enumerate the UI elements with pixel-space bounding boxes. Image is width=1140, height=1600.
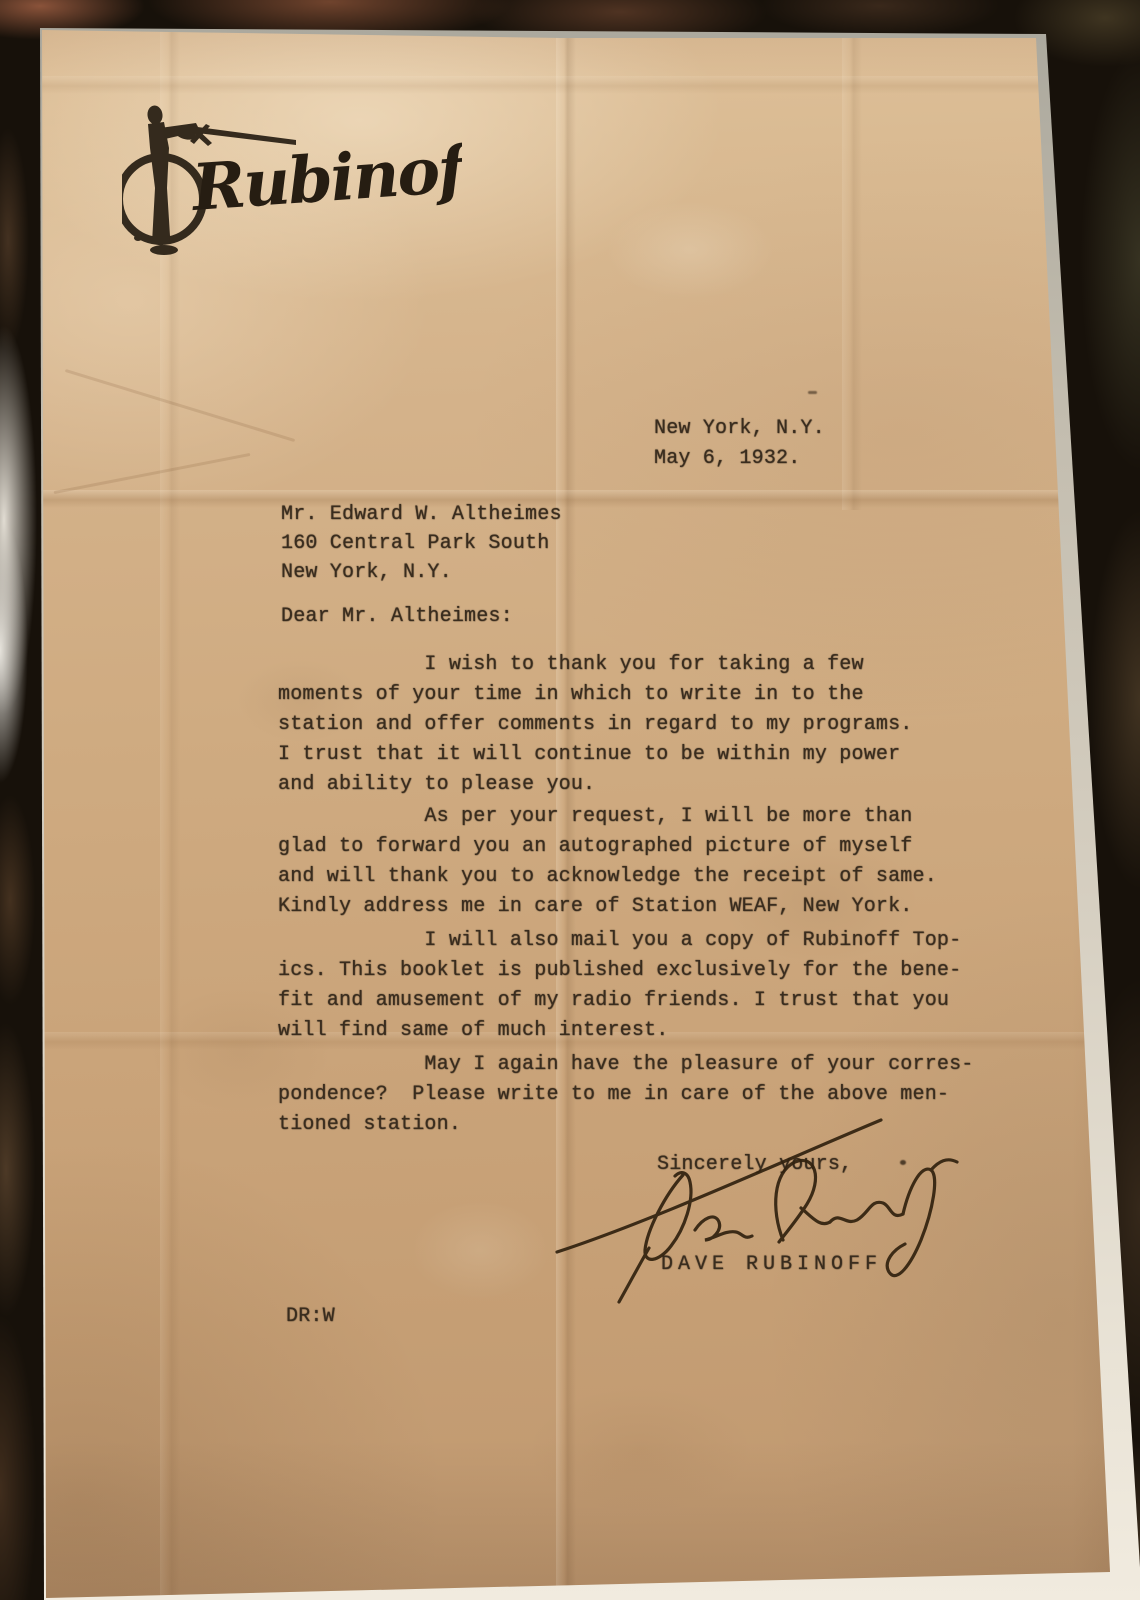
paper-crease-fold-upper: [0, 490, 1140, 508]
salutation: Dear Mr. Altheimes:: [281, 602, 513, 632]
recipient-address: Mr. Edward W. Altheimes 160 Central Park…: [281, 500, 562, 587]
logo-script-text: Rubinoff: [188, 130, 462, 226]
stray-ink-mark: [808, 391, 817, 394]
dateline: New York, N.Y. May 6, 1932.: [654, 414, 825, 474]
paragraph-2: As per your request, I will be more than…: [278, 802, 937, 922]
handwritten-signature: Dave Rubinoff: [545, 1098, 970, 1310]
paper-wrinkle-line: [54, 453, 251, 494]
paragraph-1: I wish to thank you for taking a few mom…: [278, 650, 913, 800]
letter-photo-scene: Rubinoff New York, N.Y. May 6, 1932. Mr.…: [0, 0, 1140, 1600]
paper-crease-vertical-main: [556, 0, 576, 1600]
paper-wrinkle-line: [65, 369, 295, 442]
rubinoff-letterhead-logo: Rubinoff: [122, 86, 462, 266]
typist-initials: DR:W: [286, 1302, 335, 1332]
paragraph-3: I will also mail you a copy of Rubinoff …: [278, 926, 961, 1046]
paper-crease-vertical-right: [842, 30, 862, 510]
